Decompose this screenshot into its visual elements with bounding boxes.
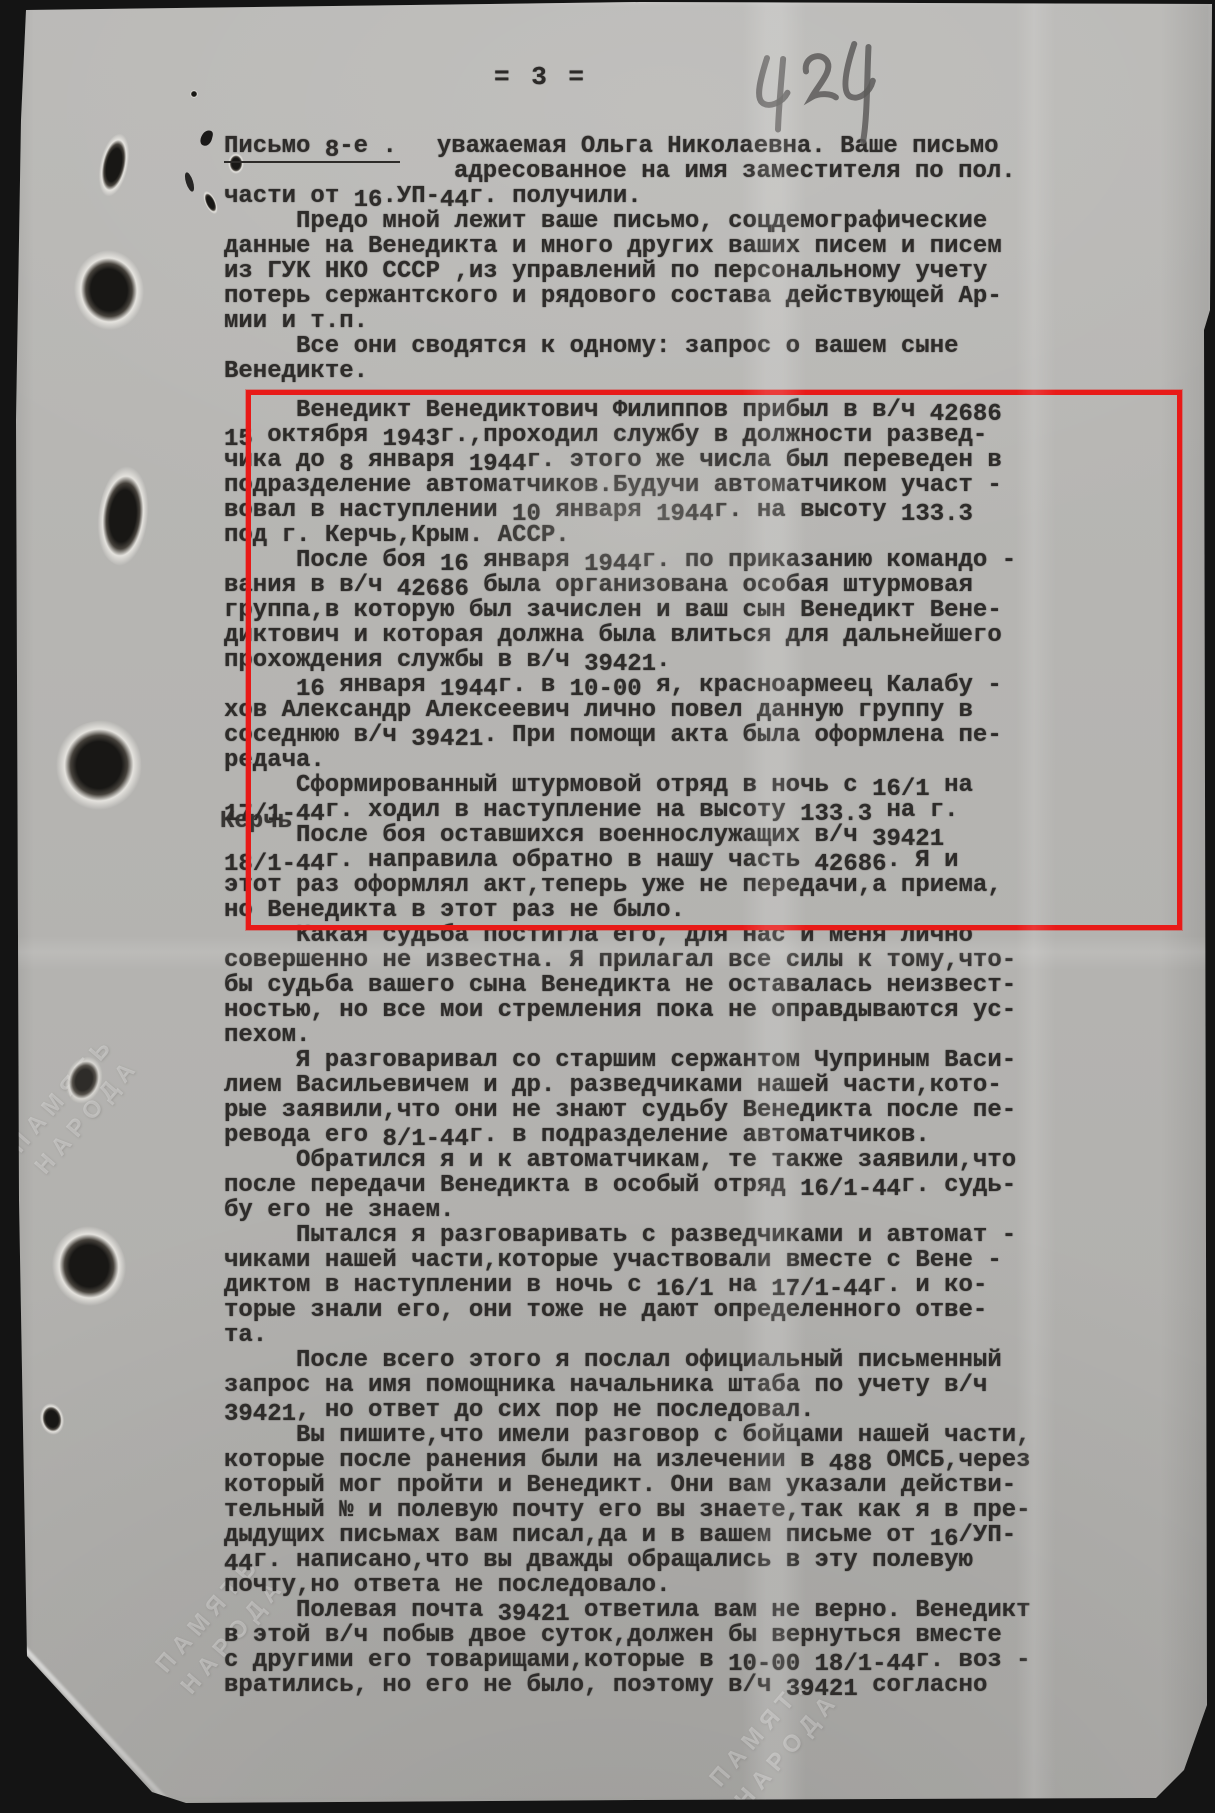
- document-line: Полевая почта 39421 ответила вам не верн…: [224, 1598, 1054, 1623]
- document-line: которые после ранения были на излечении …: [224, 1448, 1054, 1473]
- document-line: совершенно не известна. Я прилагал все с…: [224, 948, 1054, 973]
- document-line: тельный № и полевую почту его вы знаете,…: [224, 1498, 1054, 1523]
- line-text: который мог пройти и Венедикт. Они вам у…: [224, 1472, 1016, 1499]
- line-text: лием Васильевичем и др. разведчиками наш…: [224, 1072, 1002, 1099]
- torn-corner-edge: [18, 1642, 179, 1813]
- document-line: с другими его товарищами,которые в 10-00…: [224, 1648, 1054, 1673]
- document-line: 39421, но ответ до сих пор не последовал…: [224, 1398, 1054, 1423]
- document-line: мии и т.п.: [224, 309, 1054, 334]
- document-line: бу его не знаем.: [224, 1198, 1054, 1223]
- paper-speck: [190, 90, 198, 98]
- document-line: бы судьба вашего сына Венедикта не остав…: [224, 973, 1054, 998]
- document-line: Письмо 8-е .уважаемая Ольга Николаевна. …: [224, 134, 1054, 159]
- document-line: потерь сержантского и рядового состава д…: [224, 284, 1054, 309]
- document-line: из ГУК НКО СССР ,из управлений по персон…: [224, 259, 1054, 284]
- document-line: ностью, но все мои стремления пока не оп…: [224, 998, 1054, 1023]
- annotation-rectangle: [246, 390, 1182, 930]
- line-text: бу его не знаем.: [224, 1197, 454, 1224]
- line-text: Предо мной лежит ваше письмо, соцдемогра…: [296, 208, 987, 235]
- document-line: почту,но ответа не последовало.: [224, 1573, 1054, 1598]
- document-line: адресованное на имя заместителя по пол.: [224, 159, 1054, 184]
- line-text: совершенно не известна. Я прилагал все с…: [224, 947, 1016, 974]
- line-text: рые заявили,что они не знают судьбу Вене…: [224, 1097, 1016, 1124]
- paper-tear: [200, 189, 221, 216]
- pen-mark: [183, 171, 196, 192]
- watermark: ПАМЯТЬ НАРОДА: [2, 1028, 147, 1181]
- document-line: После всего этого я послал официальный п…: [224, 1348, 1054, 1373]
- line-text: в этой в/ч побыв двое суток,должен бы ве…: [224, 1622, 1002, 1649]
- document-line: после передачи Венедикта в особый отряд …: [224, 1173, 1054, 1198]
- line-text: потерь сержантского и рядового состава д…: [224, 283, 1002, 310]
- document-line: чиками нашей части,которые участвовали в…: [224, 1248, 1054, 1273]
- document-line: Предо мной лежит ваше письмо, соцдемогра…: [224, 209, 1054, 234]
- line-text: данные на Венедикта и много других ваших…: [224, 233, 1002, 260]
- line-text: почту,но ответа не последовало.: [224, 1572, 670, 1599]
- paper-hole: [70, 247, 148, 334]
- line-text: та.: [224, 1322, 267, 1349]
- line-text: запрос на имя помощника начальника штаба…: [224, 1372, 987, 1399]
- document-line: Я разговаривал со старшим сержантом Чупр…: [224, 1048, 1054, 1073]
- document-line: диктом в наступлении в ночь с 16/1 на 17…: [224, 1273, 1054, 1298]
- scanned-document: ПАМЯТЬ НАРОДА ПАМЯТЬ НАРОДА ПАМЯТЬ НАРОД…: [0, 0, 1215, 1813]
- line-text: пехом.: [224, 1022, 310, 1049]
- paper-tear: [37, 1401, 67, 1437]
- line-text: адресованное на имя заместителя по пол.: [454, 158, 1016, 185]
- document-line: вратились, но его не было, поэтому в/ч 3…: [224, 1673, 1054, 1698]
- line-text: ностью, но все мои стремления пока не оп…: [224, 997, 1016, 1024]
- pen-mark: [199, 129, 214, 147]
- paper-tear: [94, 131, 135, 199]
- document-line: торые знали его, они тоже не дают опреде…: [224, 1298, 1054, 1323]
- document-line: рые заявили,что они не знают судьбу Вене…: [224, 1098, 1054, 1123]
- paper-tear: [93, 464, 153, 569]
- document-line: данные на Венедикта и много других ваших…: [224, 234, 1054, 259]
- line-text: бы судьба вашего сына Венедикта не остав…: [224, 972, 1016, 999]
- document-line: запрос на имя помощника начальника штаба…: [224, 1373, 1054, 1398]
- line-text: мии и т.п.: [224, 308, 368, 335]
- document-line: та.: [224, 1323, 1054, 1348]
- line-text: Я разговаривал со старшим сержантом Чупр…: [296, 1047, 1016, 1074]
- line-text: Обратился я и к автоматчикам, те также з…: [296, 1147, 1016, 1174]
- document-line: Все они сводятся к одному: запрос о ваше…: [224, 334, 1054, 359]
- line-text: чиками нашей части,которые участвовали в…: [224, 1247, 1002, 1274]
- line-text: Все они сводятся к одному: запрос о ваше…: [296, 333, 959, 360]
- document-page: ПАМЯТЬ НАРОДА ПАМЯТЬ НАРОДА ПАМЯТЬ НАРОД…: [0, 0, 1215, 1813]
- document-line: который мог пройти и Венедикт. Они вам у…: [224, 1473, 1054, 1498]
- line-text: Венедикте.: [224, 358, 368, 385]
- line-text: Пытался я разговаривать с разведчиками и…: [296, 1222, 1016, 1249]
- document-line: Вы пишите,что имели разговор с бойцами н…: [224, 1423, 1054, 1448]
- line-text: вратились, но его не было, поэтому в/ч 3…: [224, 1672, 987, 1703]
- document-line: Пытался я разговаривать с разведчиками и…: [224, 1223, 1054, 1248]
- line-text: торые знали его, они тоже не дают опреде…: [224, 1297, 987, 1324]
- handwritten-page-number: 424: [738, 34, 916, 164]
- document-line: дыдущих письмах вам писал,да и в вашем п…: [224, 1523, 1054, 1548]
- line-text: Вы пишите,что имели разговор с бойцами н…: [296, 1422, 1031, 1449]
- line-text: После всего этого я послал официальный п…: [296, 1347, 1002, 1374]
- line-text: тельный № и полевую почту его вы знаете,…: [224, 1497, 1031, 1524]
- document-line: в этой в/ч побыв двое суток,должен бы ве…: [224, 1623, 1054, 1648]
- line-text: из ГУК НКО СССР ,из управлений по персон…: [224, 258, 987, 285]
- document-line: ревода его 8/1-44г. в подразделение авто…: [224, 1123, 1054, 1148]
- paper-hole: [46, 1220, 133, 1312]
- page-number: = 3 =: [494, 62, 587, 92]
- document-line: Венедикте.: [224, 359, 1054, 384]
- document-line: части от 16.УП-44г. получили.: [224, 184, 1054, 209]
- document-line: лием Васильевичем и др. разведчиками наш…: [224, 1073, 1054, 1098]
- document-line: Обратился я и к автоматчикам, те также з…: [224, 1148, 1054, 1173]
- document-line: пехом.: [224, 1023, 1054, 1048]
- document-line: 44г. написано,что вы дважды обращались в…: [224, 1548, 1054, 1573]
- paper-hole: [50, 714, 148, 815]
